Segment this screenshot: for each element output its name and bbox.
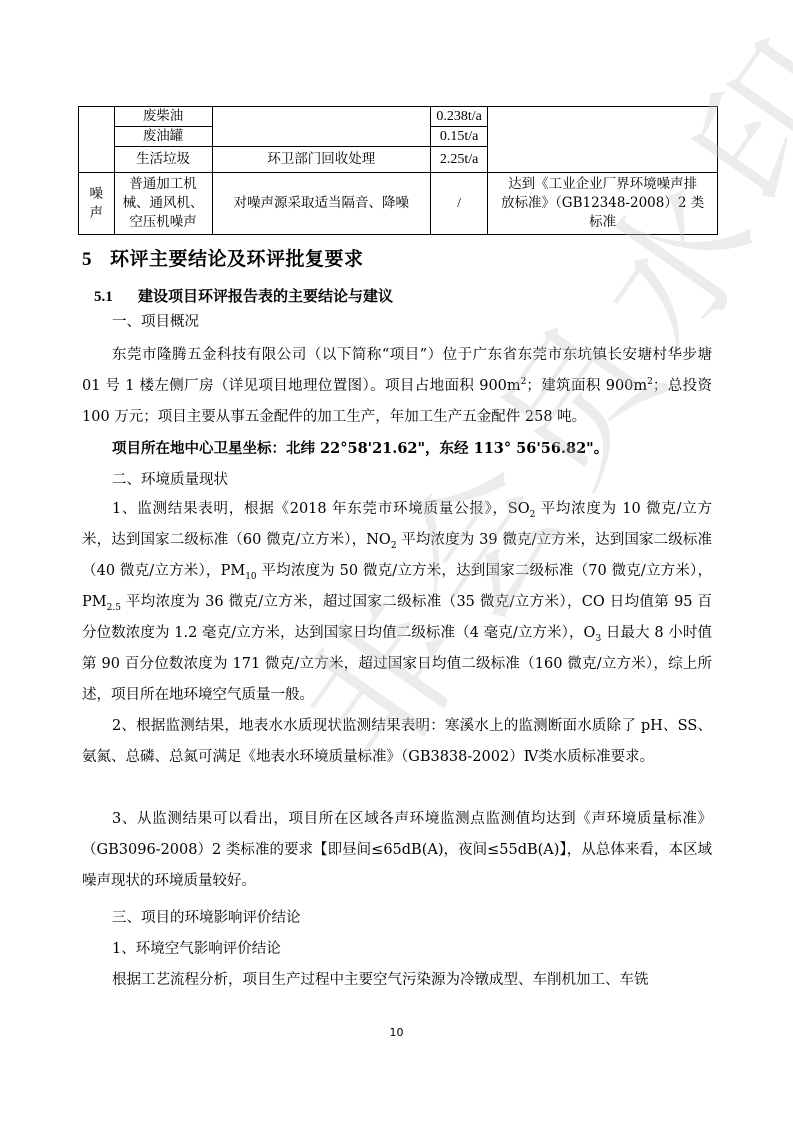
- section-heading: 5环评主要结论及环评批复要求: [82, 244, 364, 271]
- subsection-heading: 5.1建设项目环评报告表的主要结论与建议: [94, 285, 393, 306]
- table-cell-item: 生活垃圾: [114, 147, 212, 173]
- part3-heading: 三、项目的环境影响评价结论: [112, 906, 301, 927]
- table-cell-item: 普通加工机 械、通风机、 空压机噪声: [114, 173, 212, 235]
- coordinates-paragraph: 项目所在地中心卫星坐标：北纬 22°58'21.62"，东经 113° 56'5…: [82, 433, 712, 464]
- table-cell-amount: 0.238t/a: [430, 107, 487, 127]
- standard-line: 达到《工业企业厂界环境噪声排: [491, 175, 714, 194]
- item-line: 普通加工机: [118, 175, 209, 194]
- table-cell-measure: 环卫部门回收处理: [212, 147, 430, 173]
- subscript: 2.5: [107, 603, 121, 613]
- air-impact-heading: 1、环境空气影响评价结论: [112, 937, 281, 958]
- table-cell-amount: 0.15t/a: [430, 127, 487, 147]
- air-quality-paragraph: 1、监测结果表明，根据《2018 年东莞市环境质量公报》，SO2 平均浓度为 1…: [82, 494, 712, 711]
- water-quality-paragraph: 2、根据监测结果，地表水水质现状监测结果表明：寒溪水上的监测断面水质除了 pH、…: [82, 711, 712, 773]
- table-row: 噪 声 普通加工机 械、通风机、 空压机噪声 对噪声源采取适当隔音、降噪 / 达…: [79, 173, 718, 235]
- subsection-number: 5.1: [94, 289, 138, 306]
- table-cell-standard: [488, 107, 718, 173]
- page-number: 10: [0, 1026, 793, 1039]
- standard-line: 标准: [491, 213, 714, 232]
- table-cell-item: 废柴油: [114, 107, 212, 127]
- section-title: 环评主要结论及环评批复要求: [110, 248, 364, 270]
- project-overview-paragraph: 东莞市隆腾五金科技有限公司（以下简称“项目”）位于广东省东莞市东坑镇长安塘村华步…: [82, 340, 712, 433]
- table-cell-category: [79, 107, 115, 173]
- table-cell-item: 废油罐: [114, 127, 212, 147]
- document-page: 废柴油 0.238t/a 废油罐 0.15t/a 生活垃圾 环卫部门回收处理 2…: [0, 0, 793, 1122]
- part1-heading: 一、项目概况: [112, 310, 199, 331]
- air-impact-paragraph: 根据工艺流程分析，项目生产过程中主要空气污染源为冷镦成型、车削机加工、车铣: [112, 968, 712, 989]
- text-run: ；建筑面积 900m: [526, 378, 647, 394]
- category-line: 声: [82, 204, 111, 223]
- table-cell-category: 噪 声: [79, 173, 115, 235]
- table-cell-standard: 达到《工业企业厂界环境噪声排 放标准》（GB12348-2008）2 类 标准: [488, 173, 718, 235]
- noise-quality-paragraph: 3、从监测结果可以看出，项目所在区域各声环境监测点监测值均达到《声环境质量标准》…: [82, 804, 712, 897]
- table-cell-amount: /: [430, 173, 487, 235]
- item-line: 械、通风机、: [118, 194, 209, 213]
- part2-heading: 二、环境质量现状: [112, 468, 228, 489]
- table-row: 废柴油 0.238t/a: [79, 107, 718, 127]
- table-cell-amount: 2.25t/a: [430, 147, 487, 173]
- text-run: 1、监测结果表明，根据《2018 年东莞市环境质量公报》，SO: [112, 501, 530, 517]
- subsection-title: 建设项目环评报告表的主要结论与建议: [138, 287, 393, 305]
- standard-line: 放标准》（GB12348-2008）2 类: [491, 194, 714, 213]
- item-line: 空压机噪声: [118, 213, 209, 232]
- subscript: 10: [245, 572, 256, 582]
- pollutant-table: 废柴油 0.238t/a 废油罐 0.15t/a 生活垃圾 环卫部门回收处理 2…: [78, 106, 718, 235]
- section-number: 5: [82, 249, 110, 271]
- table-cell-measure: [212, 107, 430, 147]
- table-cell-measure: 对噪声源采取适当隔音、降噪: [212, 173, 430, 235]
- category-line: 噪: [82, 185, 111, 204]
